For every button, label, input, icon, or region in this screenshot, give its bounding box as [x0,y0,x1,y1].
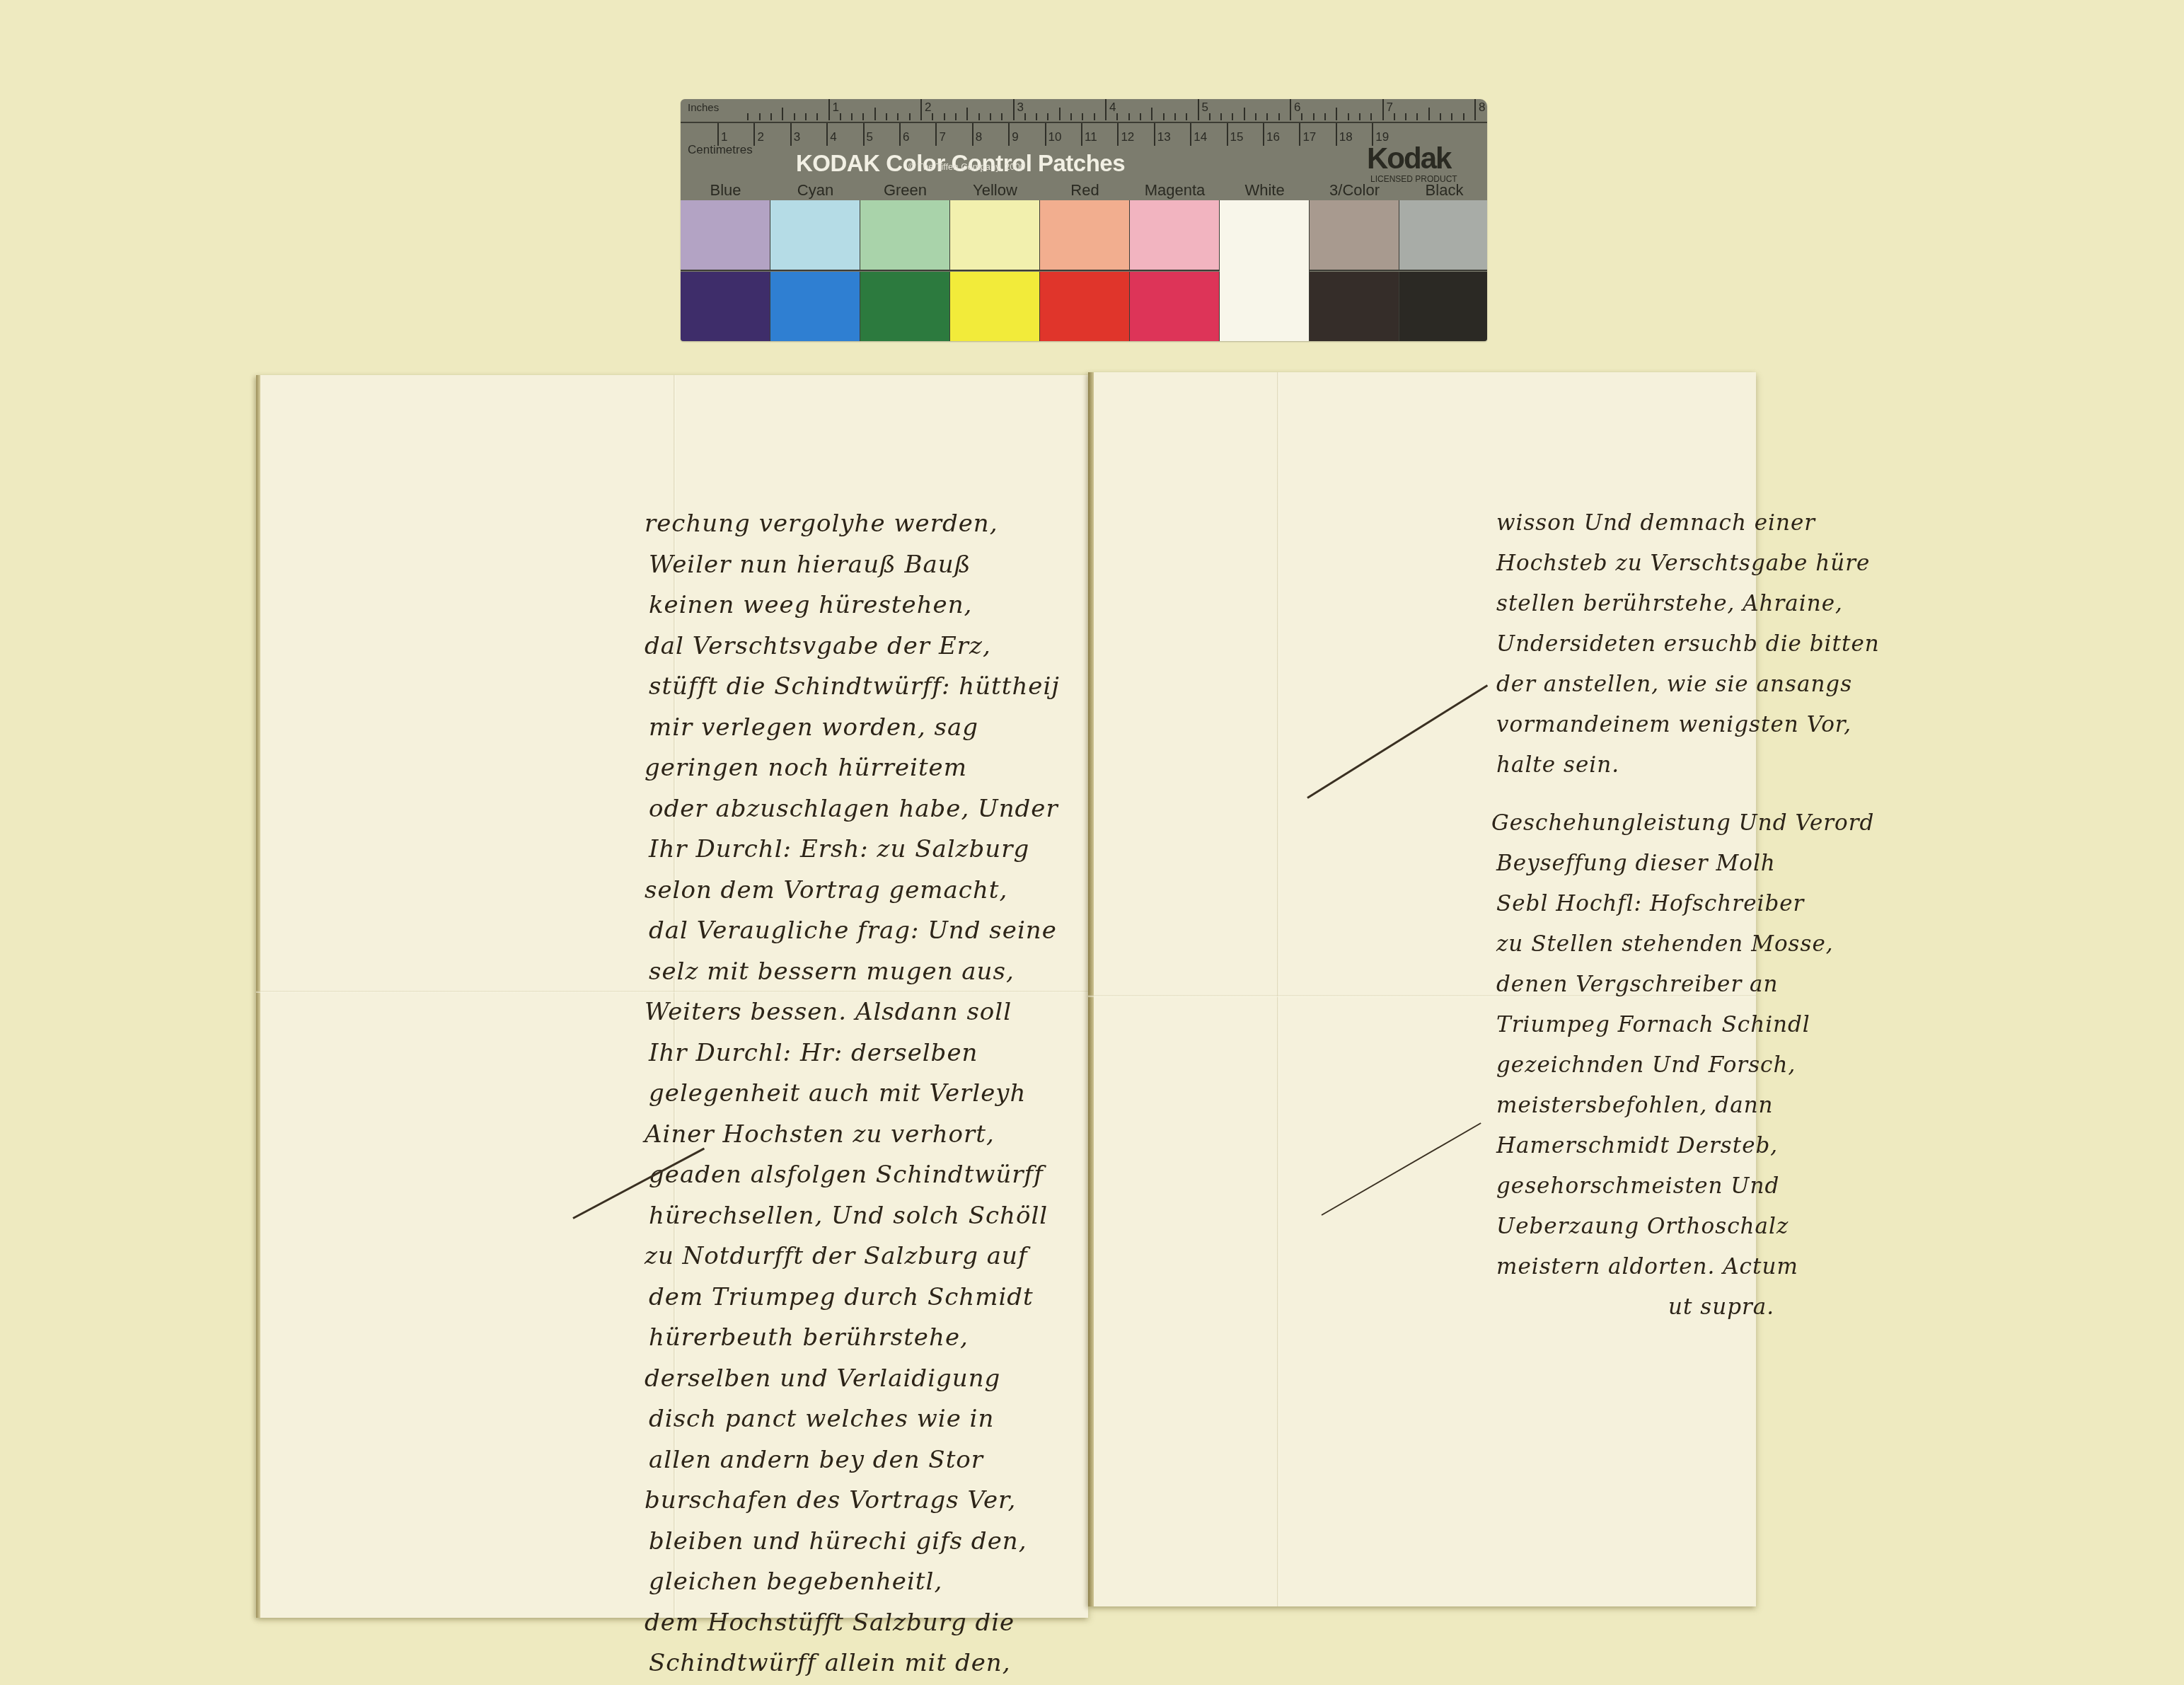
patch-light-green [860,200,950,271]
manuscript-line: allen andern bey den Stor [649,1446,983,1474]
inch-tick-label: 8 [1479,100,1485,115]
manuscript-line: dem Hochstüfft Salzburg die [645,1609,1015,1637]
cm-tick [1154,123,1155,146]
patch-label-blue: Blue [681,181,770,200]
manuscript-line: geringen noch hürreitem [645,754,967,782]
inch-tick-label: 3 [1017,100,1024,115]
cm-tick [935,123,937,146]
inch-subtick [1209,113,1211,120]
manuscript-line: Beyseffung dieser Molh [1496,851,1776,876]
manuscript-line: burschafen des Vortrags Ver, [645,1486,1016,1514]
closing-ut-supra: ut supra. [1668,1294,1774,1320]
patch-light-3-color [1310,200,1399,271]
inch-subtick [955,113,957,120]
cm-tick-label: 4 [830,130,836,144]
patch-dark-3-color [1310,272,1399,341]
inch-tick-label: 6 [1294,100,1300,115]
manuscript-line: dem Triumpeg durch Schmidt [649,1283,1034,1311]
manuscript-line: wisson Und demnach einer [1496,510,1815,536]
inch-tick [1013,99,1015,120]
inch-ruler: Inches 12345678 [681,99,1487,123]
cm-tick-label: 17 [1302,130,1316,144]
cm-tick-label: 2 [757,130,763,144]
inch-subtick [1151,108,1152,120]
centimetre-ruler: 12345678910111213141516171819 [681,123,1487,149]
manuscript-line: hürerbeuth berührstehe, [649,1323,969,1352]
inch-subtick [862,113,864,120]
inch-subtick [1036,113,1037,120]
inch-subtick [886,113,887,120]
cm-tick-label: 11 [1085,130,1097,144]
inch-subtick [932,113,933,120]
inch-subtick [978,113,980,120]
inch-subtick [990,113,991,120]
inch-subtick [759,113,761,120]
manuscript-line: bleiben und hürechi gifs den, [649,1527,1027,1555]
inch-subtick [1082,113,1083,120]
manuscript-line: gelegenheit auch mit Verleyh [649,1079,1026,1108]
patch-dark-green [860,272,950,341]
manuscript-line: keinen weeg hürestehen, [649,591,972,619]
inch-subtick [1186,113,1187,120]
cm-tick-label: 12 [1121,130,1134,144]
inch-tick-label: 2 [925,100,931,115]
inch-tick [1382,99,1384,120]
patch-label-black: Black [1399,181,1487,200]
inch-subtick [1094,113,1095,120]
inch-subtick [1278,113,1280,120]
manuscript-line: disch panct welches wie in [649,1405,994,1433]
inch-subtick [1163,113,1165,120]
manuscript-line: Weiters bessen. Alsdann soll [645,998,1012,1026]
inch-subtick [966,108,968,120]
manuscript-line: zu Stellen stehenden Mosse, [1496,931,1834,957]
cm-tick [863,123,865,146]
cm-tick [1008,123,1010,146]
horizontal-fold-crease [256,991,1088,993]
cm-tick-label: 13 [1157,130,1171,144]
cm-tick-label: 3 [794,130,800,144]
manuscript-left-page: rechung vergolyhe werden,Weiler nun hier… [256,375,1088,1618]
marginal-flourish [1307,684,1488,799]
inch-subtick [1059,108,1061,120]
manuscript-line: stüfft die Schindtwürff: hüttheij [649,672,1060,701]
cm-tick-label: 6 [903,130,909,144]
inch-subtick [840,113,841,120]
patch-label-red: Red [1040,181,1130,200]
inch-subtick [1394,113,1395,120]
manuscript-line: Ueberzaung Orthoschalz [1496,1214,1789,1239]
patch-label-cyan: Cyan [770,181,860,200]
vertical-fold-crease [1277,372,1279,1606]
inch-subtick [1301,113,1302,120]
cm-tick [790,123,792,146]
cm-tick [826,123,828,146]
cm-tick [1299,123,1300,146]
manuscript-line: Hochsteb zu Verschtsgabe hüre [1496,551,1870,576]
patch-light-blue [681,200,770,271]
manuscript-line: halte sein. [1496,752,1619,778]
patch-dark-yellow [950,272,1040,341]
manuscript-line: meistersbefohlen, dann [1496,1093,1774,1118]
cm-tick [1081,123,1082,146]
manuscript-line: stellen berührstehe, Ahraine, [1496,591,1843,616]
inch-subtick [1359,113,1360,120]
inch-subtick [1370,113,1372,120]
cm-tick [1045,123,1046,146]
manuscript-line: meistern aldorten. Actum [1496,1254,1798,1279]
patch-light-magenta [1130,200,1220,271]
marginal-flourish [1322,1122,1481,1216]
inch-subtick [1116,113,1118,120]
inch-tick [828,99,830,120]
cm-tick-label: 18 [1339,130,1353,144]
cm-tick-label: 15 [1230,130,1244,144]
cm-tick-label: 9 [1012,130,1018,144]
cm-tick [1190,123,1191,146]
patch-light-red [1040,200,1130,271]
manuscript-line: mir verlegen worden, sag [649,713,978,742]
cm-tick [753,123,755,146]
inch-subtick [805,113,807,120]
inch-subtick [770,113,772,120]
patch-dark-black [1399,272,1487,341]
cm-tick [972,123,973,146]
manuscript-line: gleichen begebenheitl, [649,1568,942,1596]
inch-subtick [1440,113,1441,120]
inch-subtick [1463,113,1464,120]
inch-subtick [1070,113,1072,120]
manuscript-line: Weiler nun hierauß Bauß [649,551,971,579]
inch-subtick [1313,113,1315,120]
manuscript-line: Triumpeg Fornach Schindl [1496,1012,1810,1037]
cm-tick-label: 14 [1194,130,1207,144]
cm-tick-label: 16 [1266,130,1280,144]
manuscript-line: der anstellen, wie sie ansangs [1496,672,1852,697]
patch-label-3-color: 3/Color [1310,181,1399,200]
cm-tick [1336,123,1337,146]
inch-subtick [851,113,853,120]
manuscript-line: selz mit bessern mugen aus, [649,957,1015,986]
manuscript-line: dal Veraugliche frag: Und seine [649,916,1057,945]
cm-tick-label: 7 [939,130,945,144]
manuscript-line: gesehorschmeisten Und [1496,1173,1779,1199]
inch-subtick [897,113,899,120]
manuscript-line: derselben und Verlaidigung [645,1364,1000,1393]
inch-subtick [1428,108,1430,120]
copyright-notice: © The Tiffen Company, 2000 [908,161,1025,172]
manuscript-line: Hamerschmidt Dersteb, [1496,1133,1778,1158]
inch-subtick [1001,113,1003,120]
inch-subtick [1348,113,1349,120]
manuscript-line: denen Vergschreiber an [1496,972,1779,997]
patch-light-cyan [770,200,860,271]
manuscript-line: Ihr Durchl: Hr: derselben [649,1039,978,1067]
page-edge [256,375,260,1618]
manuscript-line: rechung vergolyhe werden, [645,510,998,538]
inch-tick [1474,99,1476,120]
manuscript-right-page: wisson Und demnach einerHochsteb zu Vers… [1088,372,1756,1606]
cm-tick [1263,123,1264,146]
inch-subtick [1416,113,1418,120]
inch-subtick [874,108,876,120]
manuscript-line: Geschehungleistung Und Verord [1491,810,1874,836]
manuscript-line: dal Verschtsvgabe der Erz, [645,632,991,660]
manuscript-line: Undersideten ersuchb die bitten [1496,631,1880,657]
patch-names-row: BlueCyanGreenYellowRedMagentaWhite3/Colo… [681,181,1487,200]
manuscript-line: selon dem Vortrag gemacht, [645,876,1007,904]
inch-tick-label: 7 [1387,100,1393,115]
inch-subtick [1174,113,1176,120]
inch-tick-label: 4 [1109,100,1116,115]
inch-subtick [1140,113,1141,120]
inch-subtick [1324,113,1326,120]
patch-light-black [1399,200,1487,271]
cm-tick [1117,123,1119,146]
inch-subtick [1024,113,1026,120]
patch-dark-red [1040,272,1130,341]
manuscript-line: Ihr Durchl: Ersh: zu Salzburg [649,835,1029,863]
inch-tick [1290,99,1291,120]
inch-subtick [1047,113,1048,120]
cm-tick-label: 5 [867,130,873,144]
inch-subtick [1128,113,1130,120]
patch-label-yellow: Yellow [950,181,1040,200]
inch-subtick [747,113,749,120]
patch-label-green: Green [860,181,950,200]
inch-tick-label: 5 [1202,100,1208,115]
kodak-logo: Kodak [1367,142,1450,176]
inch-subtick [1244,108,1245,120]
patch-light-white [1220,200,1310,341]
inch-subtick [1220,113,1222,120]
inch-subtick [1336,108,1337,120]
inch-subtick [794,113,795,120]
patch-label-magenta: Magenta [1130,181,1220,200]
kodak-color-control-strip: Inches 12345678 123456789101112131415161… [681,99,1487,341]
manuscript-line: Sebl Hochfl: Hofschreiber [1496,891,1804,916]
patch-light-yellow [950,200,1040,271]
inch-subtick [909,113,911,120]
inch-tick [1198,99,1199,120]
inches-label: Inches [688,102,719,114]
inch-subtick [1405,113,1406,120]
inch-subtick [944,113,945,120]
manuscript-line: Schindtwürff allein mit den, [649,1649,1011,1677]
inch-tick [1105,99,1107,120]
manuscript-line: gezeichnden Und Forsch, [1496,1052,1796,1078]
manuscript-line: vormandeinem wenigsten Vor, [1496,712,1851,737]
manuscript-line: geaden alsfolgen Schindtwürff [649,1161,1044,1189]
patch-label-white: White [1220,181,1310,200]
inch-subtick [782,108,783,120]
cm-tick [899,123,901,146]
cm-tick-label: 1 [721,130,727,144]
centimetres-label: Centimetres [688,143,753,157]
inch-tick [920,99,922,120]
manuscript-line: zu Notdurfft der Salzburg auf [645,1242,1028,1270]
inch-subtick [1266,113,1268,120]
cm-tick-label: 8 [976,130,982,144]
inch-subtick [1255,113,1256,120]
inch-subtick [1232,113,1233,120]
inch-subtick [816,113,818,120]
page-gutter-edge [1088,372,1094,1606]
manuscript-line: Ainer Hochsten zu verhort, [645,1120,995,1149]
manuscript-line: oder abzuschlagen habe, Under [649,795,1058,823]
inch-subtick [1451,113,1452,120]
patch-dark-magenta [1130,272,1220,341]
cm-tick [1227,123,1228,146]
cm-tick-label: 10 [1048,130,1062,144]
manuscript-line: hürechsellen, Und solch Schöll [649,1202,1048,1230]
inch-tick-label: 1 [833,100,839,115]
patch-dark-blue [681,272,770,341]
patch-dark-cyan [770,272,860,341]
color-patches [681,200,1487,341]
